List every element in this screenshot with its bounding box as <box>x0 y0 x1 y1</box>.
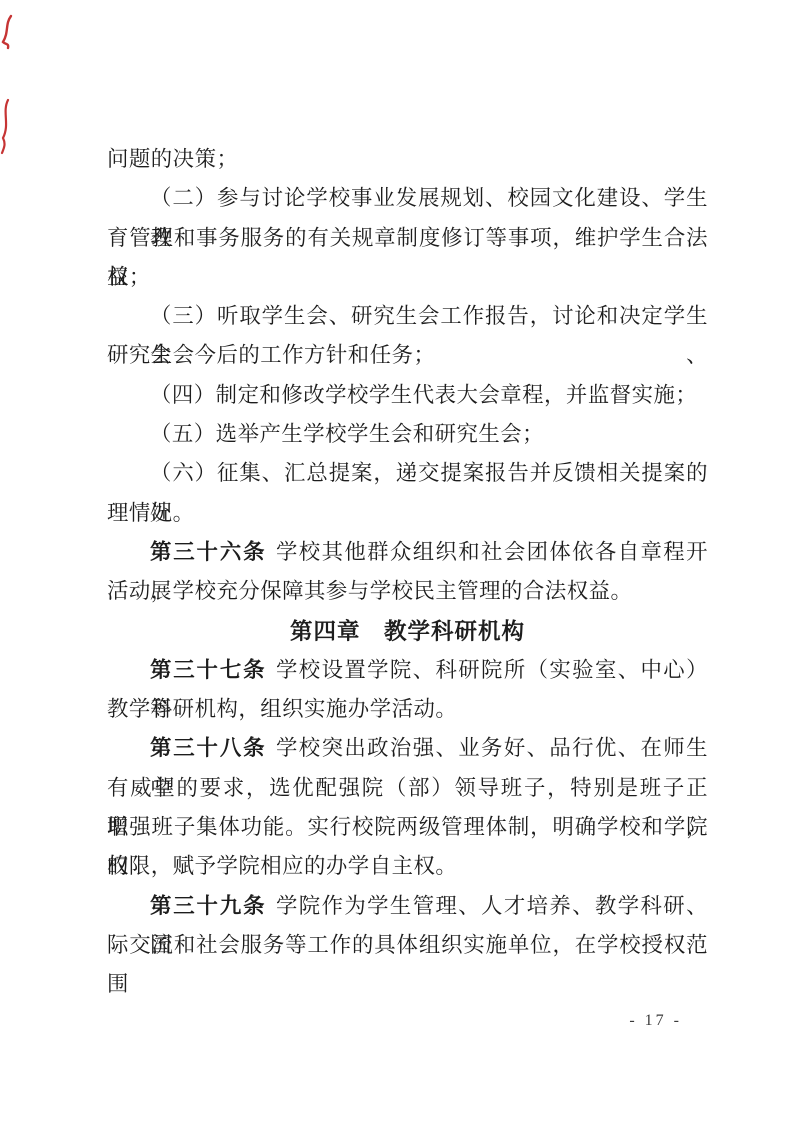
document-line: 增强班子集体功能。实行校院两级管理体制，明确学校和学院的 <box>107 808 708 847</box>
document-line: （四）制定和修改学校学生代表大会章程，并监督实施； <box>107 376 708 415</box>
article-number: 第三十七条 <box>150 658 266 682</box>
document-line: 第三十八条学校突出政治强、业务好、品行优、在师生中 <box>107 729 708 768</box>
document-line: （六）征集、汇总提案，递交提案报告并反馈相关提案的处 <box>107 454 708 493</box>
page-number: - 17 - <box>629 1012 682 1030</box>
document-line: 权限，赋予学院相应的办学自主权。 <box>107 847 708 886</box>
document-line: 有威望的要求，选优配强院（部）领导班子，特别是班子正职， <box>107 769 708 808</box>
document-body: 问题的决策；（二）参与讨论学校事业发展规划、校园文化建设、学生教育管理和事务服务… <box>107 140 708 965</box>
document-line: （三）听取学生会、研究生会工作报告，讨论和决定学生会、 <box>107 297 708 336</box>
document-line: （二）参与讨论学校事业发展规划、校园文化建设、学生教 <box>107 179 708 218</box>
document-line: 育管理和事务服务的有关规章制度修订等事项，维护学生合法权 <box>107 219 708 258</box>
document-line: 第三十六条学校其他群众组织和社会团体依各自章程开展 <box>107 533 708 572</box>
article-number: 第三十六条 <box>150 540 266 564</box>
document-line: 教学科研机构，组织实施办学活动。 <box>107 690 708 729</box>
document-line: 问题的决策； <box>107 140 708 179</box>
document-line: 际交流和社会服务等工作的具体组织实施单位，在学校授权范围 <box>107 926 708 965</box>
article-number: 第三十九条 <box>150 894 266 918</box>
chapter-heading: 第四章 教学科研机构 <box>107 612 708 651</box>
document-line: （五）选举产生学校学生会和研究生会； <box>107 415 708 454</box>
document-line: 第三十七条学校设置学院、科研院所（实验室、中心）等 <box>107 651 708 690</box>
document-line: 益； <box>107 258 708 297</box>
article-number: 第三十八条 <box>150 736 266 760</box>
red-pen-mark-icon <box>0 12 18 157</box>
document-line: 活动，学校充分保障其参与学校民主管理的合法权益。 <box>107 572 708 611</box>
document-line: 理情况。 <box>107 494 708 533</box>
document-line: 第三十九条学院作为学生管理、人才培养、教学科研、国 <box>107 887 708 926</box>
document-page: 问题的决策；（二）参与讨论学校事业发展规划、校园文化建设、学生教育管理和事务服务… <box>0 0 794 1123</box>
